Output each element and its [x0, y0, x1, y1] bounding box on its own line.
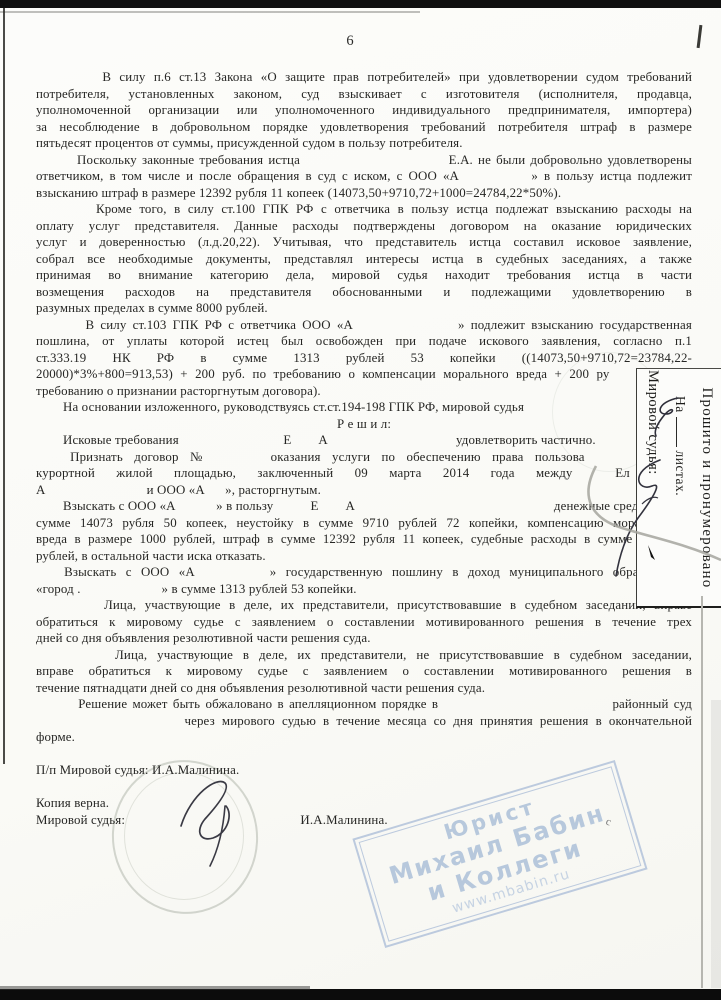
text-line: уполномоченной организации или уполномоч…	[36, 102, 692, 119]
text-line: 20000)*3%+800=913,53) + 200 руб. по треб…	[36, 366, 692, 383]
scan-edge-right-tick	[697, 25, 703, 48]
text-line: оплату услуг представителя. Данные расхо…	[36, 218, 692, 235]
scan-edge-left	[3, 8, 5, 764]
text-line: Р е ш и л:	[36, 416, 692, 433]
scan-edge-top-shadow	[0, 11, 420, 13]
text-line: требованию о признании расторгнутым дого…	[36, 383, 692, 400]
ink-arrow-mark	[642, 542, 662, 568]
text-line: форме.	[36, 729, 692, 746]
text-line: собрал все необходимые документы, предст…	[36, 251, 692, 268]
text-line: течение пятнадцати дней со дня объявлени…	[36, 680, 692, 697]
text-line: разумных пределах в сумме 8000 рублей.	[36, 300, 692, 317]
scanned-court-decision-page: 6 В силу п.6 ст.13 Закона «О защите прав…	[0, 0, 721, 1000]
handwritten-sheet-count	[648, 392, 684, 440]
text-line: обратиться к мировому судье с заявлением…	[36, 614, 692, 631]
judge-signature	[165, 762, 275, 872]
scan-edge-right-band	[711, 700, 721, 988]
text-line: взысканию штраф в размере 12392 рубля 11…	[36, 185, 692, 202]
scan-edge-bottom	[0, 989, 721, 1000]
text-line: пошлина, от уплаты которой истец был осв…	[36, 333, 692, 350]
page-number: 6	[338, 33, 362, 50]
text-line: Решение может быть обжаловано в апелляци…	[36, 696, 692, 713]
text-line: через мирового судью в течение месяца со…	[36, 713, 692, 730]
text-line: В силу п.6 ст.13 Закона «О защите прав п…	[36, 69, 692, 86]
text-line: ст.333.19 НК РФ в сумме 1313 рублей 53 к…	[36, 350, 692, 367]
scan-edge-bottom-shadow	[0, 986, 310, 990]
text-line: услуг и доверенностью (л.д.20,22). Учиты…	[36, 234, 692, 251]
text-line: Кроме того, в силу ст.100 ГПК РФ с ответ…	[36, 201, 692, 218]
text-line: дней со дня объявления резолютивной част…	[36, 630, 692, 647]
scan-edge-top	[0, 0, 721, 8]
text-line: возмещения расходов на представителя обо…	[36, 284, 692, 301]
text-line: пятьдесят процентов от суммы, присужденн…	[36, 135, 692, 152]
text-line: Лица, участвующие в деле, их представите…	[36, 647, 692, 664]
text-line: за несоблюдение в добровольном порядке у…	[36, 119, 692, 136]
text-line: потребителя, установленных законом, суд …	[36, 86, 692, 103]
text-line: вправе обратиться к мировому судье с зая…	[36, 663, 692, 680]
scan-edge-right-line	[701, 596, 703, 988]
text-line: принимая во внимание категорию дела, мир…	[36, 267, 692, 284]
text-line	[36, 746, 692, 763]
text-line: Лица, участвующие в деле, их представите…	[36, 597, 692, 614]
text-line: ответчиком, в том числе и после обращени…	[36, 168, 692, 185]
text-line: На основании изложенного, руководствуясь…	[36, 399, 692, 416]
thread-line	[556, 438, 721, 588]
text-line: В силу ст.103 ГПК РФ с ответчика ООО «А …	[36, 317, 692, 334]
text-line: Поскольку законные требования истца Е.А.…	[36, 152, 692, 169]
